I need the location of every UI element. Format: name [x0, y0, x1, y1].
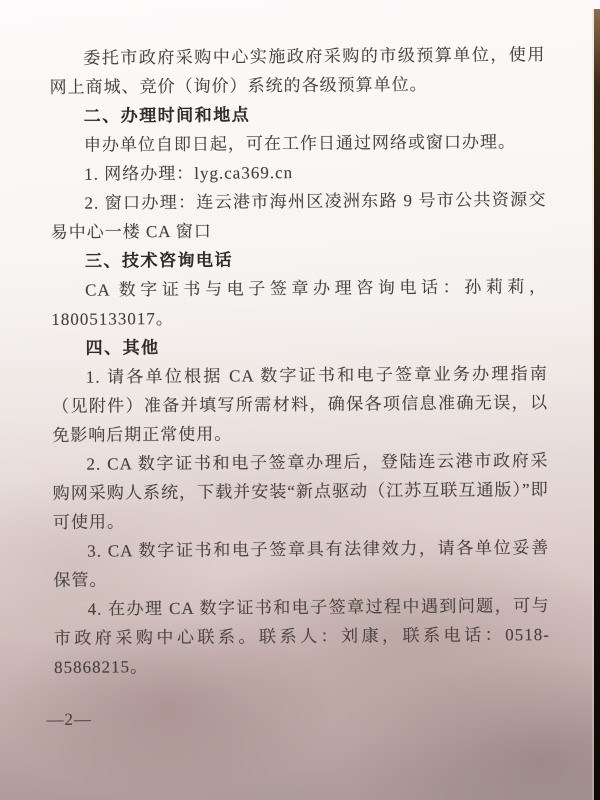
photo-background-edge [594, 9, 600, 800]
document-photo: 委托市政府采购中心实施政府采购的市级预算单位，使用网上商城、竞价（询价）系统的各… [0, 0, 600, 800]
body-paragraph: 2. CA 数字证书和电子签章办理后，登陆连云港市政府采购网采购人系统，下载并安… [52, 446, 549, 537]
body-paragraph: 委托市政府采购中心实施政府采购的市级预算单位，使用网上商城、竞价（询价）系统的各… [49, 40, 545, 102]
page-number: —2— [46, 710, 92, 730]
body-paragraph: 1. 网络办理：lyg.ca369.cn [50, 156, 546, 189]
body-paragraph: CA 数字证书与电子签章办理咨询电话：孙莉莉，18005133017。 [51, 272, 547, 334]
body-paragraph: 2. 窗口办理：连云港市海州区凌洲东路 9 号市公共资源交易中心一楼 CA 窗口 [50, 185, 546, 247]
body-paragraph: 4. 在办理 CA 数字证书和电子签章过程中遇到问题，可与市政府采购中心联系。联… [54, 591, 551, 682]
section-heading: 三、技术咨询电话 [51, 243, 547, 276]
body-paragraph: 申办单位自即日起，可在工作日通过网络或窗口办理。 [50, 127, 546, 160]
section-heading: 二、办理时间和地点 [50, 98, 546, 131]
section-heading: 四、其他 [51, 330, 547, 363]
body-paragraph: 1. 请各单位根据 CA 数字证书和电子签章业务办理指南（见附件）准备并填写所需… [52, 359, 549, 450]
document-page: 委托市政府采购中心实施政府采购的市级预算单位，使用网上商城、竞价（询价）系统的各… [0, 0, 600, 800]
body-paragraph: 3. CA 数字证书和电子签章具有法律效力，请各单位妥善保管。 [53, 533, 549, 595]
document-text: 委托市政府采购中心实施政府采购的市级预算单位，使用网上商城、竞价（询价）系统的各… [49, 40, 550, 682]
